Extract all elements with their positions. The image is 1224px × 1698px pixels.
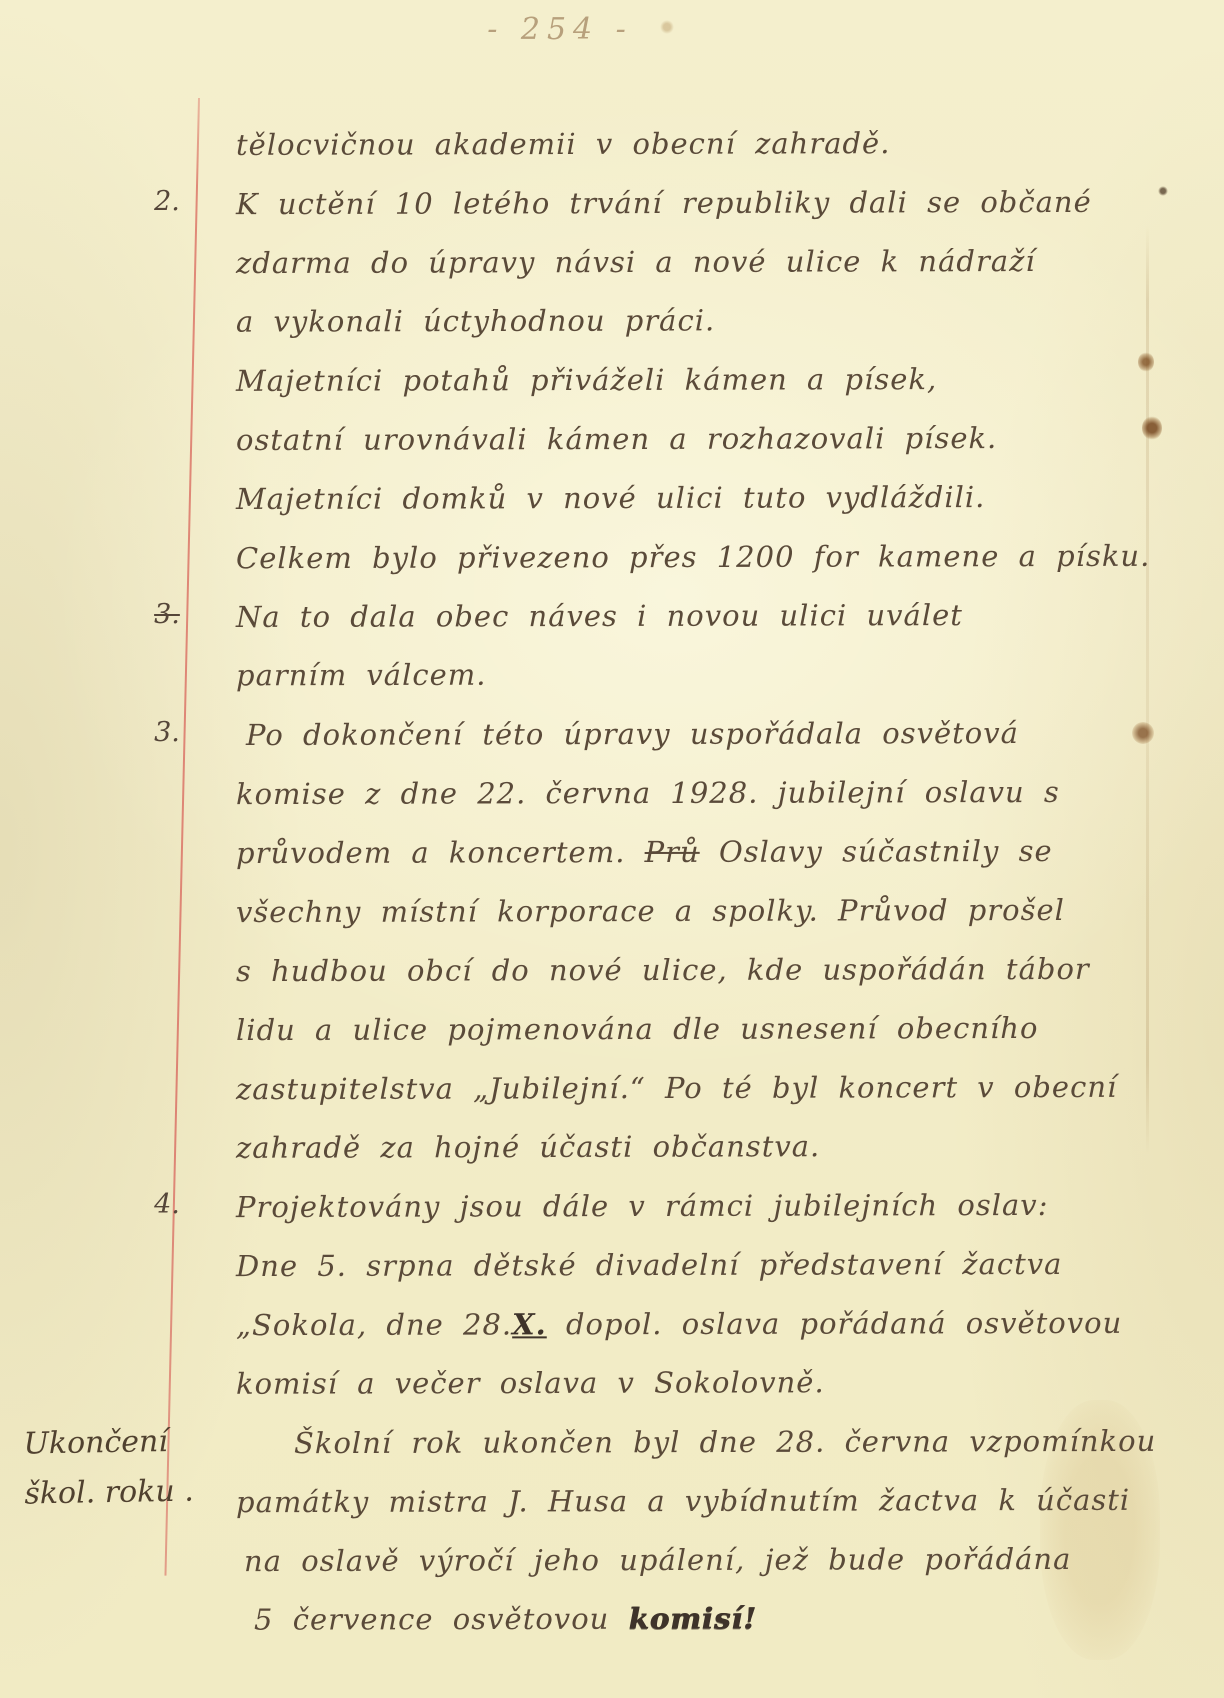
handwriting-word: tělocvičnou akademii v obecní zahradě.	[236, 126, 891, 162]
manuscript-line: zahradě za hojné účasti občanstva.	[0, 1130, 1224, 1190]
handwriting-word: dopol. oslava pořádaná osvětovou	[547, 1306, 1123, 1342]
handwriting-text: tělocvičnou akademii v obecní zahradě.	[236, 126, 891, 162]
manuscript-line: lidu a ulice pojmenována dle usnesení ob…	[0, 1012, 1224, 1072]
handwriting-word: K uctění 10 letého trvání republiky dali…	[236, 185, 1092, 221]
handwriting-text: Na to dala obec náves i novou ulici uvál…	[236, 598, 963, 634]
handwriting-word: a vykonali úctyhodnou práci.	[236, 303, 715, 338]
margin-number: 4.	[138, 1189, 196, 1220]
manuscript-page: - 254 - tělocvičnou akademii v obecní za…	[0, 0, 1224, 1698]
handwriting-text: „Sokola, dne 28.X. dopol. oslava pořádan…	[236, 1306, 1122, 1342]
manuscript-line: zdarma do úpravy návsi a nové ulice k ná…	[0, 245, 1224, 305]
handwriting-text: Majetníci potahů přiváželi kámen a písek…	[236, 362, 937, 398]
handwriting-text: K uctění 10 letého trvání republiky dali…	[236, 185, 1092, 221]
manuscript-line: zastupitelstva „Jubilejní.“ Po té byl ko…	[0, 1071, 1224, 1131]
handwriting-text: ostatní urovnávali kámen a rozhazovali p…	[236, 421, 997, 457]
handwriting-word: komise z dne 22. června 1928. jubilejní …	[236, 775, 1060, 811]
handwriting-word: na oslavě výročí jeho upálení, jež bude …	[244, 1542, 1071, 1578]
manuscript-line: komise z dne 22. června 1928. jubilejní …	[0, 776, 1224, 836]
handwriting-word: Celkem bylo přivezeno přes 1200 for kame…	[236, 539, 1150, 575]
handwriting-text: 5 července osvětovou komisí!	[254, 1601, 757, 1636]
handwriting-word: ostatní urovnávali kámen a rozhazovali p…	[236, 421, 997, 457]
handwriting-text: Majetníci domků v nové ulici tuto vydláž…	[236, 480, 985, 516]
handwriting-text: památky mistra J. Husa a vybídnutím žact…	[236, 1483, 1130, 1519]
handwriting-overwritten-word: komisí!	[628, 1601, 756, 1635]
handwriting-text: na oslavě výročí jeho upálení, jež bude …	[244, 1542, 1071, 1578]
manuscript-line: 3.Na to dala obec náves i novou ulici uv…	[0, 599, 1224, 659]
margin-note-line: Ukončení	[23, 1416, 204, 1469]
handwriting-word: Projektovány jsou dále v rámci jubilejní…	[236, 1188, 1049, 1224]
handwriting-text: zastupitelstva „Jubilejní.“ Po té byl ko…	[236, 1070, 1117, 1106]
handwriting-word: Oslavy súčastnily se	[700, 834, 1053, 869]
manuscript-line: 2.K uctění 10 letého trvání republiky da…	[0, 186, 1224, 246]
handwriting-text: Dne 5. srpna dětské divadelní představen…	[236, 1247, 1063, 1283]
handwriting-text: Projektovány jsou dále v rámci jubilejní…	[236, 1188, 1049, 1224]
manuscript-line: Majetníci potahů přiváželi kámen a písek…	[0, 363, 1224, 423]
margin-note-school-year-end: Ukončení škol. roku .	[23, 1416, 205, 1519]
handwriting-text: Školní rok ukončen byl dne 28. června vz…	[294, 1424, 1156, 1460]
manuscript-line: tělocvičnou akademii v obecní zahradě.	[0, 127, 1224, 187]
manuscript-line: ostatní urovnávali kámen a rozhazovali p…	[0, 422, 1224, 482]
handwriting-word: zdarma do úpravy návsi a nové ulice k ná…	[236, 244, 1036, 280]
handwriting-text: s hudbou obcí do nové ulice, kde uspořád…	[236, 952, 1090, 988]
handwriting-struck-word: Prů	[645, 835, 700, 869]
margin-number: 2.	[138, 186, 196, 217]
manuscript-line: 4.Projektovány jsou dále v rámci jubilej…	[0, 1189, 1224, 1249]
manuscript-line: „Sokola, dne 28.X. dopol. oslava pořádan…	[0, 1307, 1224, 1367]
handwriting-word: Školní rok ukončen byl dne 28. června vz…	[294, 1424, 1156, 1460]
margin-number-crossed: 3.	[138, 599, 196, 630]
handwriting-word: všechny místní korporace a spolky. Průvo…	[236, 893, 1065, 929]
handwriting-word: památky mistra J. Husa a vybídnutím žact…	[236, 1483, 1130, 1519]
handwriting-text: zdarma do úpravy návsi a nové ulice k ná…	[236, 244, 1036, 280]
handwriting-text: parním válcem.	[236, 658, 487, 693]
margin-note-line: škol. roku .	[24, 1466, 205, 1519]
handwriting-text: komisí a večer oslava v Sokolovně.	[236, 1365, 825, 1401]
manuscript-line: a vykonali úctyhodnou práci.	[0, 304, 1224, 364]
handwriting-word: zastupitelstva „Jubilejní.“ Po té byl ko…	[236, 1070, 1117, 1106]
handwriting-text: Po dokončení této úpravy uspořádala osvě…	[246, 716, 1019, 752]
handwriting-text: Celkem bylo přivezeno přes 1200 for kame…	[236, 539, 1150, 575]
manuscript-line: průvodem a koncertem. Prů Oslavy súčastn…	[0, 835, 1224, 895]
handwriting-word: průvodem a koncertem.	[236, 835, 645, 870]
handwriting-text: průvodem a koncertem. Prů Oslavy súčastn…	[236, 834, 1053, 870]
handwriting-word: s hudbou obcí do nové ulice, kde uspořád…	[236, 952, 1090, 988]
handwriting-word: Majetníci domků v nové ulici tuto vydláž…	[236, 480, 985, 516]
handwriting-word: Majetníci potahů přiváželi kámen a písek…	[236, 362, 937, 398]
handwriting-word: „Sokola, dne 28.	[236, 1307, 512, 1342]
handwriting-word: 5 července osvětovou	[254, 1602, 629, 1637]
manuscript-line: Celkem bylo přivezeno přes 1200 for kame…	[0, 540, 1224, 600]
margin-number: 3.	[138, 717, 196, 748]
handwriting-word: Na to dala obec náves i novou ulici uvál…	[236, 598, 963, 634]
handwriting-word: komisí a večer oslava v Sokolovně.	[236, 1365, 825, 1401]
handwriting-word: lidu a ulice pojmenována dle usnesení ob…	[236, 1011, 1038, 1047]
handwriting-word: Po dokončení této úpravy uspořádala osvě…	[246, 716, 1019, 752]
manuscript-line: s hudbou obcí do nové ulice, kde uspořád…	[0, 953, 1224, 1013]
manuscript-line: 3.Po dokončení této úpravy uspořádala os…	[0, 717, 1224, 777]
handwriting-word: zahradě za hojné účasti občanstva.	[236, 1129, 820, 1165]
manuscript-line: na oslavě výročí jeho upálení, jež bude …	[0, 1543, 1224, 1603]
manuscript-line: Dne 5. srpna dětské divadelní představen…	[0, 1248, 1224, 1308]
handwriting-text: a vykonali úctyhodnou práci.	[236, 303, 715, 338]
handwriting-word: Dne 5. srpna dětské divadelní představen…	[236, 1247, 1063, 1283]
handwriting-text: zahradě za hojné účasti občanstva.	[236, 1129, 820, 1165]
manuscript-line: Majetníci domků v nové ulici tuto vydláž…	[0, 481, 1224, 541]
handwriting-text: všechny místní korporace a spolky. Průvo…	[236, 893, 1065, 929]
handwriting-word: parním válcem.	[236, 658, 487, 693]
handwriting-text: komise z dne 22. června 1928. jubilejní …	[236, 775, 1060, 811]
manuscript-line: všechny místní korporace a spolky. Průvo…	[0, 894, 1224, 954]
manuscript-line: 5 července osvětovou komisí!	[0, 1602, 1224, 1662]
handwriting-inserted-word: X.	[512, 1307, 547, 1341]
manuscript-line: parním válcem.	[0, 658, 1224, 718]
handwriting-text: lidu a ulice pojmenována dle usnesení ob…	[236, 1011, 1038, 1047]
